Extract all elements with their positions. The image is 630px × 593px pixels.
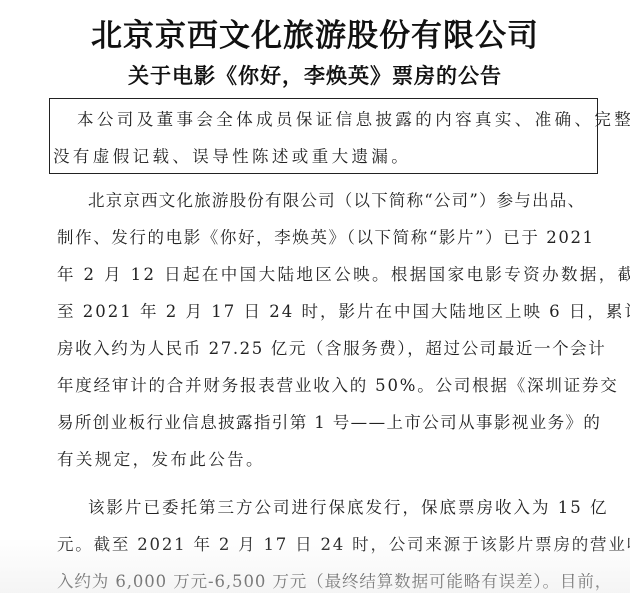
- paragraph-line: 房收入约为人民币 27.25 亿元（含服务费），超过公司最近一个会计: [57, 335, 606, 359]
- paragraph-line: 入约为 6,000 万元-6,500 万元（最终结算数据可能略有误差）。目前，: [57, 568, 612, 592]
- paragraph-line: 元。截至 2021 年 2 月 17 日 24 时，公司来源于该影片票房的营业收: [57, 531, 630, 555]
- paragraph-line: 制作、发行的电影《你好，李焕英》（以下简称“影片”）已于 2021: [57, 224, 595, 248]
- paragraph-line: 年度经审计的合并财务报表营业收入的 50%。公司根据《深圳证券交: [57, 372, 619, 396]
- company-title: 北京京西文化旅游股份有限公司: [0, 10, 630, 55]
- paragraph-line: 北京京西文化旅游股份有限公司（以下简称“公司”）参与出品、: [88, 187, 585, 211]
- paragraph-line: 至 2021 年 2 月 17 日 24 时，影片在中国大陆地区上映 6 日，累…: [57, 298, 630, 322]
- paragraph-line: 该影片已委托第三方公司进行保底发行，保底票房收入为 15 亿: [88, 494, 609, 518]
- disclaimer-line: 没有虚假记载、误导性陈述或重大遗漏。: [53, 143, 411, 167]
- disclaimer-line: 本公司及董事会全体成员保证信息披露的内容真实、准确、完整，: [77, 106, 630, 130]
- announcement-title: 关于电影《你好，李焕英》票房的公告: [0, 60, 630, 90]
- announcement-page: 北京京西文化旅游股份有限公司 关于电影《你好，李焕英》票房的公告 本公司及董事会…: [0, 0, 630, 593]
- paragraph-line: 有关规定，发布此公告。: [57, 446, 265, 470]
- paragraph-line: 年 2 月 12 日起在中国大陆地区公映。根据国家电影专资办数据，截: [57, 261, 630, 285]
- paragraph-line: 易所创业板行业信息披露指引第 1 号——上市公司从事影视业务》的: [57, 409, 601, 433]
